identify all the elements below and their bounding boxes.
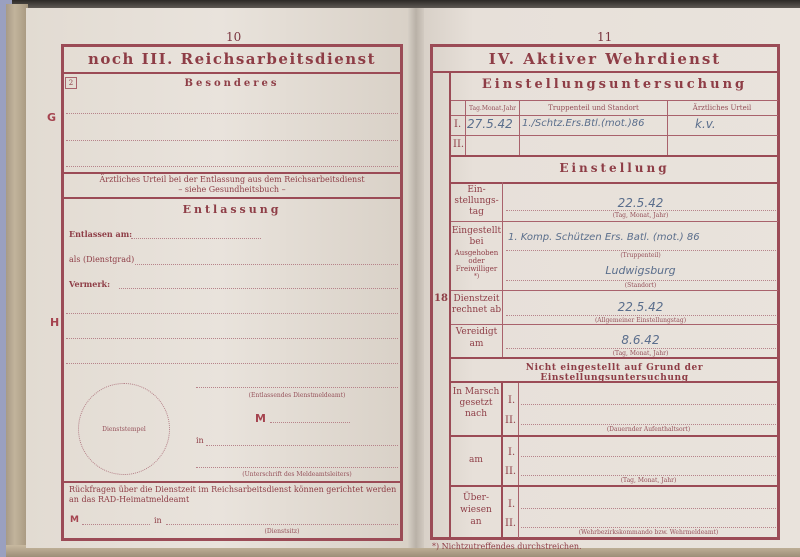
section-number-18: 18 — [434, 293, 448, 304]
row-ii-label: II. — [453, 139, 464, 150]
eingestellt-label-2: bei — [451, 237, 502, 248]
dienstzeit-line — [506, 315, 776, 316]
truppenteil-caption: (Truppenteil) — [503, 252, 778, 259]
exam-date-value[interactable]: 27.5.42 — [467, 117, 513, 131]
dienstmeldeamt-field[interactable] — [196, 387, 398, 388]
left-section-header: noch III. Reichsarbeitsdienst — [64, 50, 400, 68]
page-stack-left — [6, 4, 28, 557]
am-caption: (Tag, Monat, Jahr) — [519, 477, 778, 484]
ueberwiesen-label-2: wiesen — [451, 504, 501, 516]
margin-letter-h: H — [50, 316, 59, 329]
besonderes-line-1[interactable] — [66, 113, 398, 114]
signature-field[interactable] — [196, 467, 398, 468]
einstellungstag-label: Ein- stellungs- tag — [451, 185, 502, 218]
vermerk-line-4[interactable] — [66, 363, 398, 364]
vereidigt-label-1: Vereidigt — [451, 327, 502, 338]
eingestellt-label-5: Freiwilliger — [451, 265, 502, 273]
margin-letter-g: G — [47, 111, 56, 124]
marsch-roman-ii: II. — [505, 415, 516, 426]
medical-note-line-1: Ärztliches Urteil bei der Entlassung aus… — [64, 175, 400, 184]
vermerk-line-3[interactable] — [66, 338, 398, 339]
footer-text-line-1: Rückfragen über die Dienstzeit im Reichs… — [69, 485, 399, 494]
standort-line — [506, 280, 776, 281]
am-roman-i: I. — [508, 447, 515, 458]
divider — [451, 435, 778, 437]
footer-m-label: M — [70, 515, 79, 525]
footer-in-field[interactable] — [166, 524, 398, 525]
marsch-label-3: nach — [451, 409, 501, 420]
m-field[interactable] — [270, 422, 350, 423]
divider — [63, 172, 401, 174]
einstellungsuntersuchung-title: Einstellungsuntersuchung — [451, 77, 778, 92]
col-header-verdict: Ärztliches Urteil — [668, 104, 776, 112]
vereidigt-value[interactable]: 8.6.42 — [503, 333, 778, 347]
divider — [451, 324, 778, 325]
signature-caption: (Unterschrift des Meldeamtsleiters) — [196, 471, 398, 478]
divider — [451, 135, 778, 136]
page-number-left: 10 — [226, 30, 241, 44]
in-label: in — [196, 436, 204, 445]
dienstgrad-label: als (Dienstgrad) — [69, 255, 134, 264]
footer-m-field[interactable] — [82, 524, 150, 525]
ueberwiesen-field-i[interactable] — [521, 508, 776, 509]
dienstsitz-caption: (Dienstsitz) — [166, 528, 398, 535]
truppenteil-line — [506, 250, 776, 251]
in-field[interactable] — [206, 445, 398, 446]
eingestellt-label-3: Ausgehoben — [451, 249, 502, 257]
dienstzeit-label-2: rechnet ab — [451, 305, 502, 316]
einstellung-title: Einstellung — [451, 161, 778, 175]
eingestellt-label-6: *) — [451, 273, 502, 280]
medical-note-line-2: – siehe Gesundheitsbuch – — [64, 185, 400, 194]
besonderes-line-2[interactable] — [66, 140, 398, 141]
am-label: am — [451, 455, 501, 465]
standort-value[interactable]: Ludwigsburg — [503, 264, 778, 277]
divider — [451, 221, 778, 222]
entlassen-am-label: Entlassen am: — [69, 229, 132, 239]
dienstzeit-value[interactable]: 22.5.42 — [503, 300, 778, 314]
am-field-ii[interactable] — [521, 475, 776, 476]
divider — [432, 71, 778, 73]
divider — [63, 72, 401, 74]
vermerk-line-2[interactable] — [66, 313, 398, 314]
dienstzeit-label-1: Dienstzeit — [451, 294, 502, 305]
ueberwiesen-field-ii[interactable] — [521, 527, 776, 528]
nicht-eingestellt-title: Nicht eingestellt auf Grund der Einstell… — [451, 363, 778, 383]
vereidigt-label-2: am — [451, 339, 502, 350]
divider — [451, 485, 778, 487]
dienstzeit-caption: (Allgemeiner Einstellungstag) — [503, 317, 778, 324]
footer-text-line-2: an das RAD-Heimatmeldeamt — [69, 495, 399, 504]
marsch-label-1: In Marsch — [451, 387, 501, 398]
einstellungstag-value[interactable]: 22.5.42 — [503, 196, 778, 210]
ueberwiesen-caption: (Wehrbezirkskommando bzw. Wehrmeldeamt) — [519, 529, 778, 536]
entlassen-am-field[interactable] — [131, 238, 261, 239]
marsch-field-i[interactable] — [521, 404, 776, 405]
ueberwiesen-label-3: an — [451, 516, 501, 528]
besonderes-title: Besonderes — [64, 78, 400, 89]
standort-caption: (Standort) — [503, 282, 778, 289]
ueberwiesen-roman-i: I. — [508, 499, 515, 510]
divider — [451, 155, 778, 157]
am-field-i[interactable] — [521, 456, 776, 457]
exam-verdict-value[interactable]: k.v. — [695, 117, 716, 131]
besonderes-line-3[interactable] — [66, 166, 398, 167]
page-number-right: 11 — [597, 30, 612, 44]
divider — [451, 115, 778, 116]
marsch-field-ii[interactable] — [521, 424, 776, 425]
einstellungstag-caption: (Tag, Monat, Jahr) — [503, 212, 778, 219]
truppenteil-value[interactable]: 1. Komp. Schützen Ers. Batl. (mot.) 86 — [508, 232, 776, 243]
dienstgrad-field[interactable] — [135, 264, 398, 265]
eingestellt-label-4: oder — [451, 257, 502, 265]
am-roman-ii: II. — [505, 466, 516, 477]
marsch-roman-i: I. — [508, 395, 515, 406]
divider — [63, 481, 401, 483]
ueberwiesen-label-1: Über- — [451, 492, 501, 504]
einstellungstag-line — [506, 210, 776, 211]
exam-unit-value[interactable]: 1./Schtz.Ers.Btl.(mot.)86 — [522, 118, 667, 129]
marsch-label-2: gesetzt — [451, 398, 501, 409]
roman-col-divider — [518, 383, 519, 538]
stamp-label: Dienststempel — [78, 426, 170, 433]
vereidigt-line — [506, 348, 776, 349]
footnote: *) Nichtzutreffendes durchstreichen. — [432, 542, 582, 551]
dienstmeldeamt-caption: (Entlassendes Dienstmeldeamt) — [196, 392, 398, 399]
book-gutter — [408, 8, 424, 548]
label-col-divider — [501, 383, 503, 538]
ueberwiesen-roman-ii: II. — [505, 518, 516, 529]
divider — [451, 290, 778, 291]
divider — [451, 100, 778, 101]
vermerk-line-1[interactable] — [119, 288, 398, 289]
m-label: M — [255, 412, 266, 425]
col-header-date: Tag.Monat.Jahr — [466, 105, 519, 112]
entlassung-title: Entlassung — [64, 203, 400, 216]
vereidigt-caption: (Tag, Monat, Jahr) — [503, 350, 778, 357]
marsch-caption: (Dauernder Aufenthaltsort) — [519, 426, 778, 433]
footer-in-label: in — [154, 516, 162, 525]
col-header-unit: Truppenteil und Standort — [520, 104, 667, 112]
divider — [451, 182, 778, 184]
vermerk-label: Vermerk: — [69, 279, 110, 289]
row-i-label: I. — [454, 119, 461, 130]
right-section-header: IV. Aktiver Wehrdienst — [433, 50, 777, 68]
divider — [451, 357, 778, 359]
divider — [63, 197, 401, 199]
eingestellt-label-1: Eingestellt — [451, 226, 502, 237]
